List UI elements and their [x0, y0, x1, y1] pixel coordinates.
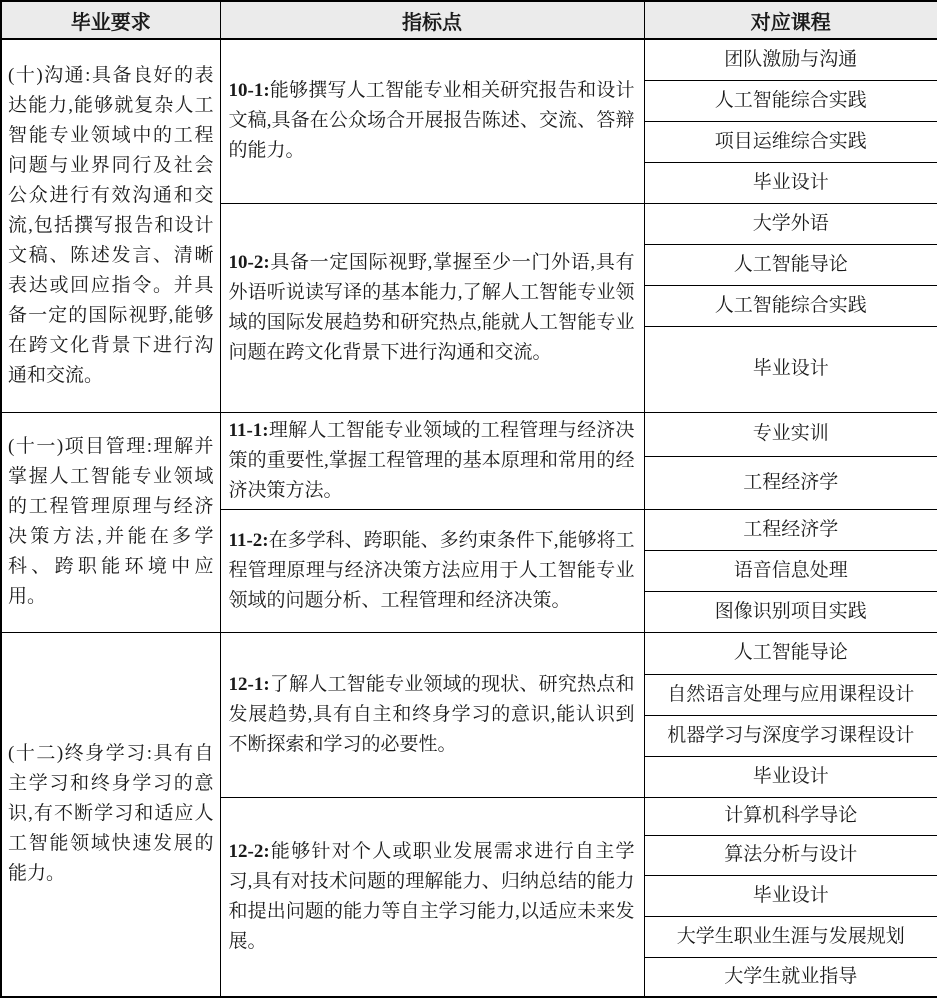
- indicator-text: 了解人工智能专业领域的现状、研究热点和发展趋势,具有自主和终身学习的意识,能认识…: [229, 674, 635, 755]
- course-cell: 机器学习与深度学习课程设计: [644, 715, 937, 756]
- course-cell: 毕业设计: [644, 326, 937, 412]
- course-cell: 人工智能导论: [644, 632, 937, 674]
- course-cell: 毕业设计: [644, 756, 937, 797]
- course-cell: 毕业设计: [644, 162, 937, 203]
- course-cell: 人工智能综合实践: [644, 80, 937, 121]
- course-cell: 算法分析与设计: [644, 835, 937, 875]
- course-cell: 人工智能导论: [644, 244, 937, 285]
- header-indicators: 指标点: [220, 1, 644, 39]
- indicator-cell: 12-2:能够针对个人或职业发展需求进行自主学习,具有对技术问题的理解能力、归纳…: [220, 797, 644, 997]
- indicator-text: 能够撰写人工智能专业相关研究报告和设计文稿,具备在公众场合开展报告陈述、交流、答…: [229, 80, 635, 161]
- indicator-label: 12-1:: [229, 674, 270, 695]
- graduation-requirements-table: 毕业要求 指标点 对应课程 (十)沟通:具备良好的表达能力,能够就复杂人工智能专…: [0, 0, 937, 998]
- course-cell: 图像识别项目实践: [644, 591, 937, 632]
- indicator-text: 在多学科、跨职能、多约束条件下,能够将工程管理原理与经济决策方法应用于人工智能专…: [229, 530, 635, 611]
- requirement-cell: (十一)项目管理:理解并掌握人工智能专业领域的工程管理原理与经济决策方法,并能在…: [1, 412, 220, 632]
- table-row: (十)沟通:具备良好的表达能力,能够就复杂人工智能专业领域中的工程问题与业界同行…: [1, 39, 937, 80]
- course-cell: 毕业设计: [644, 875, 937, 916]
- header-row: 毕业要求 指标点 对应课程: [1, 1, 937, 39]
- course-cell: 人工智能综合实践: [644, 285, 937, 326]
- indicator-text: 具备一定国际视野,掌握至少一门外语,具有外语听说读写译的基本能力,了解人工智能专…: [229, 252, 635, 363]
- course-cell: 计算机科学导论: [644, 797, 937, 835]
- requirement-cell: (十二)终身学习:具有自主学习和终身学习的意识,有不断学习和适应人工智能领域快速…: [1, 632, 220, 997]
- table-row: (十一)项目管理:理解并掌握人工智能专业领域的工程管理原理与经济决策方法,并能在…: [1, 412, 937, 456]
- requirement-cell: (十)沟通:具备良好的表达能力,能够就复杂人工智能专业领域中的工程问题与业界同行…: [1, 39, 220, 412]
- course-cell: 工程经济学: [644, 456, 937, 509]
- indicator-cell: 12-1:了解人工智能专业领域的现状、研究热点和发展趋势,具有自主和终身学习的意…: [220, 632, 644, 797]
- course-cell: 大学生职业生涯与发展规划: [644, 916, 937, 957]
- header-courses: 对应课程: [644, 1, 937, 39]
- indicator-cell: 11-1:理解人工智能专业领域的工程管理与经济决策的重要性,掌握工程管理的基本原…: [220, 412, 644, 509]
- course-cell: 语音信息处理: [644, 550, 937, 591]
- indicator-label: 11-2:: [229, 530, 269, 551]
- indicator-label: 10-2:: [229, 252, 270, 273]
- indicator-cell: 10-2:具备一定国际视野,掌握至少一门外语,具有外语听说读写译的基本能力,了解…: [220, 203, 644, 412]
- indicator-text: 理解人工智能专业领域的工程管理与经济决策的重要性,掌握工程管理的基本原理和常用的…: [229, 420, 635, 501]
- table-row: (十二)终身学习:具有自主学习和终身学习的意识,有不断学习和适应人工智能领域快速…: [1, 632, 937, 674]
- indicator-label: 10-1:: [229, 80, 270, 101]
- indicator-text: 能够针对个人或职业发展需求进行自主学习,具有对技术问题的理解能力、归纳总结的能力…: [229, 841, 635, 952]
- course-cell: 团队激励与沟通: [644, 39, 937, 80]
- course-cell: 专业实训: [644, 412, 937, 456]
- course-cell: 工程经济学: [644, 509, 937, 550]
- indicator-label: 12-2:: [229, 841, 270, 862]
- course-cell: 自然语言处理与应用课程设计: [644, 674, 937, 715]
- header-requirements: 毕业要求: [1, 1, 220, 39]
- course-cell: 大学外语: [644, 203, 937, 244]
- indicator-label: 11-1:: [229, 420, 269, 441]
- course-cell: 项目运维综合实践: [644, 121, 937, 162]
- indicator-cell: 10-1:能够撰写人工智能专业相关研究报告和设计文稿,具备在公众场合开展报告陈述…: [220, 39, 644, 203]
- indicator-cell: 11-2:在多学科、跨职能、多约束条件下,能够将工程管理原理与经济决策方法应用于…: [220, 509, 644, 632]
- course-cell: 大学生就业指导: [644, 957, 937, 997]
